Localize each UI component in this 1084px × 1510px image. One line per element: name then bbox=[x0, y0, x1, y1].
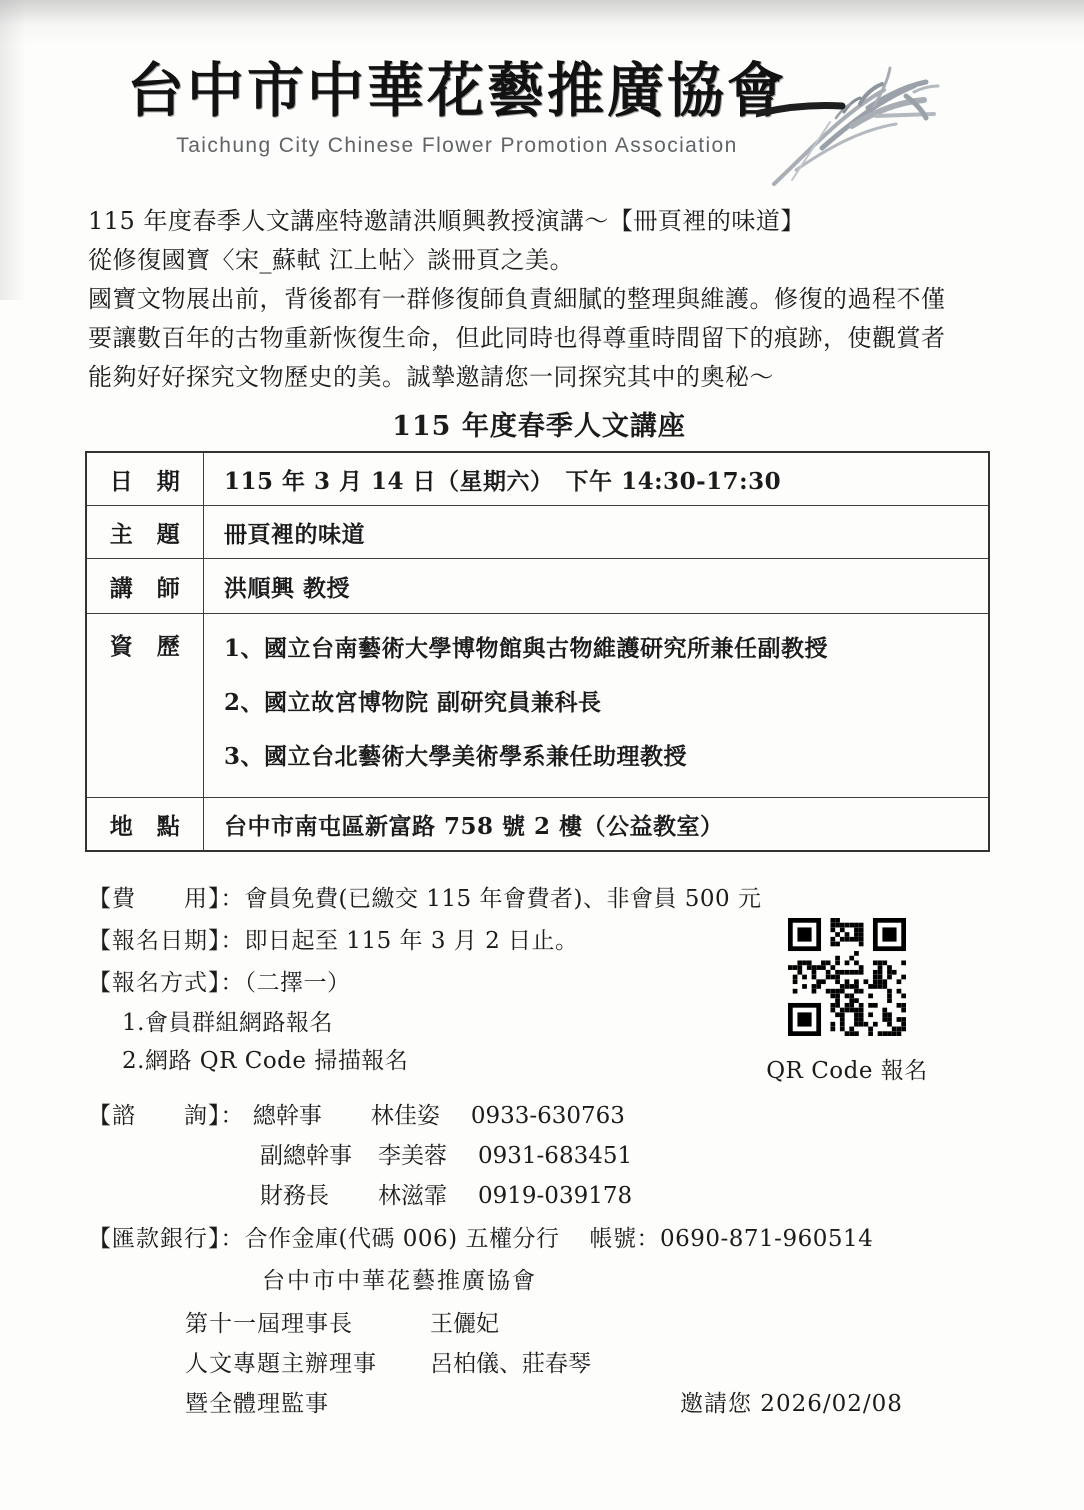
contact-label: 【諮 詢】： bbox=[88, 1103, 253, 1129]
row-label-topic: 主 題 bbox=[86, 506, 204, 559]
signature-names: 呂柏儀、莊春琴 bbox=[430, 1351, 591, 1377]
lecture-title: 115 年度春季人文講座 bbox=[88, 407, 990, 447]
signature-section: 第十一屆理事長王儷妃 人文專題主辦理事呂柏儀、莊春琴 暨全體理監事邀請您 202… bbox=[185, 1304, 990, 1424]
table-row-credentials: 資 歷 1、國立台南藝術大學博物館與古物維護研究所兼任副教授 2、國立故宮博物院… bbox=[86, 614, 989, 798]
qr-code bbox=[788, 918, 906, 1036]
fee-label: 【費 用】： bbox=[88, 886, 245, 912]
row-label-lecturer: 講 師 bbox=[86, 559, 204, 614]
bank-section: 【匯款銀行】：合作金庫(代碼 006) 五權分行帳號：0690-871-9605… bbox=[88, 1218, 990, 1302]
credential-line: 3、國立台北藝術大學美術學系兼任助理教授 bbox=[224, 730, 987, 784]
contact-name: 林滋霏 bbox=[378, 1176, 478, 1216]
intro-line: 115 年度春季人文講座特邀請洪順興教授演講～【冊頁裡的味道】 bbox=[88, 202, 990, 241]
bank-name: 合作金庫(代碼 006) 五權分行 bbox=[245, 1226, 560, 1252]
row-value-credentials: 1、國立台南藝術大學博物館與古物維護研究所兼任副教授 2、國立故宮博物院 副研究… bbox=[204, 614, 990, 798]
registration-method-label: 【報名方式】： bbox=[88, 970, 245, 996]
fee-value: 會員免費(已繳交 115 年會費者)、非會員 500 元 bbox=[245, 886, 762, 912]
bank-line: 【匯款銀行】：合作金庫(代碼 006) 五權分行帳號：0690-871-9605… bbox=[88, 1218, 990, 1260]
contact-name: 林佳姿 bbox=[371, 1096, 471, 1136]
intro-line: 能夠好好探究文物歷史的美。誠摯邀請您一同探究其中的奧秘～ bbox=[88, 358, 990, 397]
registration-date-value: 即日起至 115 年 3 月 2 日止。 bbox=[245, 928, 579, 954]
header: 台中市中華花藝推廣協會 Taichung City Chinese Flower… bbox=[0, 0, 1084, 166]
contact-role: 財務長 bbox=[260, 1176, 378, 1216]
invite-date: 邀請您 2026/02/08 bbox=[680, 1391, 903, 1417]
intro-line: 要讓數百年的古物重新恢復生命，但此同時也得尊重時間留下的痕跡，使觀賞者 bbox=[88, 319, 990, 358]
contact-row: 副總幹事李美蓉0931-683451 bbox=[260, 1136, 990, 1176]
bank-account: 帳號：0690-871-960514 bbox=[589, 1226, 873, 1252]
row-value-date: 115 年 3 月 14 日（星期六） 下午 14:30-17:30 bbox=[204, 452, 990, 506]
intro-paragraph: 115 年度春季人文講座特邀請洪順興教授演講～【冊頁裡的味道】 從修復國寶〈宋_… bbox=[88, 202, 990, 397]
row-label-location: 地 點 bbox=[86, 798, 204, 852]
table-row-topic: 主 題 冊頁裡的味道 bbox=[86, 506, 989, 559]
contact-role: 副總幹事 bbox=[260, 1136, 378, 1176]
credential-line: 2、國立故宮博物院 副研究員兼科長 bbox=[224, 676, 987, 730]
qr-caption: QR Code 報名 bbox=[762, 1052, 932, 1085]
table-row-date: 日 期 115 年 3 月 14 日（星期六） 下午 14:30-17:30 bbox=[86, 452, 989, 506]
row-value-location: 台中市南屯區新富路 758 號 2 樓（公益教室） bbox=[204, 798, 990, 852]
table-row-lecturer: 講 師 洪順興 教授 bbox=[86, 559, 989, 614]
signature-title: 人文專題主辦理事 bbox=[185, 1344, 430, 1384]
signature-names: 王儷妃 bbox=[430, 1311, 499, 1337]
bank-account-number: 0690-871-960514 bbox=[660, 1226, 873, 1252]
row-label-credentials: 資 歷 bbox=[86, 614, 204, 798]
table-row-location: 地 點 台中市南屯區新富路 758 號 2 樓（公益教室） bbox=[86, 798, 989, 852]
bank-account-label: 帳號： bbox=[589, 1226, 660, 1252]
grass-brush-illustration bbox=[756, 52, 956, 192]
registration-method-value: （二擇一） bbox=[245, 970, 351, 996]
lecture-info-table: 日 期 115 年 3 月 14 日（星期六） 下午 14:30-17:30 主… bbox=[85, 451, 990, 852]
flyer-page: 台中市中華花藝推廣協會 Taichung City Chinese Flower… bbox=[0, 0, 1084, 1510]
contact-row: 財務長林滋霏0919-039178 bbox=[260, 1176, 990, 1216]
contact-phone: 0919-039178 bbox=[478, 1183, 632, 1209]
row-value-lecturer: 洪順興 教授 bbox=[204, 559, 990, 614]
credential-line: 1、國立台南藝術大學博物館與古物維護研究所兼任副教授 bbox=[224, 622, 987, 676]
signature-row: 第十一屆理事長王儷妃 bbox=[185, 1304, 990, 1344]
content: 115 年度春季人文講座特邀請洪順興教授演講～【冊頁裡的味道】 從修復國寶〈宋_… bbox=[0, 202, 1084, 1424]
signature-row: 人文專題主辦理事呂柏儀、莊春琴 bbox=[185, 1344, 990, 1384]
contact-role: 總幹事 bbox=[253, 1096, 371, 1136]
contact-name: 李美蓉 bbox=[378, 1136, 478, 1176]
qr-block: QR Code 報名 bbox=[762, 918, 932, 1085]
bank-label: 【匯款銀行】： bbox=[88, 1226, 245, 1252]
row-label-date: 日 期 bbox=[86, 452, 204, 506]
signature-title: 第十一屆理事長 bbox=[185, 1304, 430, 1344]
intro-line: 國寶文物展出前，背後都有一群修復師負責細膩的整理與維護。修復的過程不僅 bbox=[88, 280, 990, 319]
intro-line: 從修復國寶〈宋_蘇軾 江上帖〉談冊頁之美。 bbox=[88, 241, 990, 280]
signature-row: 暨全體理監事邀請您 2026/02/08 bbox=[185, 1384, 990, 1424]
contact-row: 【諮 詢】： 總幹事林佳姿0933-630763 bbox=[88, 1096, 990, 1136]
fee-line: 【費 用】：會員免費(已繳交 115 年會費者)、非會員 500 元 bbox=[88, 878, 990, 920]
registration-date-label: 【報名日期】： bbox=[88, 928, 245, 954]
bank-account-name: 台中市中華花藝推廣協會 bbox=[262, 1260, 990, 1302]
row-value-topic: 冊頁裡的味道 bbox=[204, 506, 990, 559]
signature-title: 暨全體理監事 bbox=[185, 1384, 430, 1424]
contact-phone: 0931-683451 bbox=[478, 1143, 632, 1169]
contact-section: 【諮 詢】： 總幹事林佳姿0933-630763 副總幹事李美蓉0931-683… bbox=[88, 1096, 990, 1216]
contact-phone: 0933-630763 bbox=[471, 1103, 625, 1129]
